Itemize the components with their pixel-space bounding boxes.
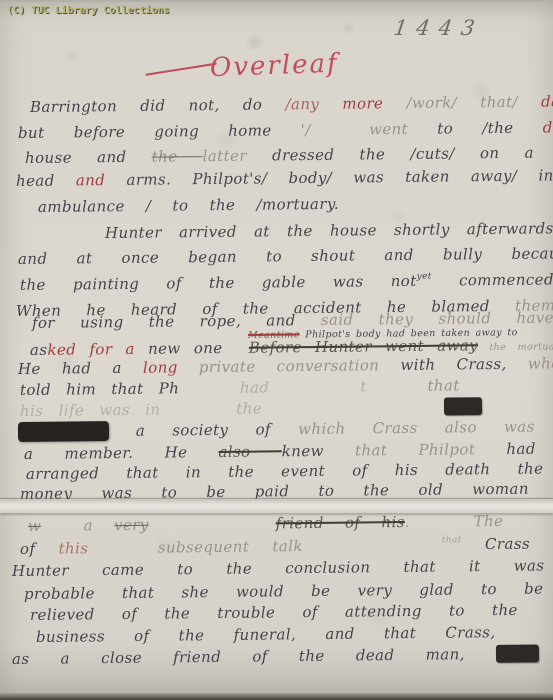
ink-blot: xxxx bbox=[444, 397, 482, 415]
handwriting-segment: very bbox=[114, 516, 149, 534]
handwriting-segment: also bbox=[218, 442, 281, 461]
handwriting-segment: and bbox=[76, 171, 127, 190]
manuscript-line: house and the latter dressed the /cuts/ … bbox=[25, 143, 553, 167]
manuscript-line: as a close friend of the dead man, word bbox=[12, 644, 539, 668]
handwriting-segment: the bbox=[160, 399, 262, 418]
handwriting-segment: knew bbox=[282, 442, 355, 461]
handwriting-segment: yet bbox=[417, 272, 432, 282]
handwriting-segment: private conversation bbox=[199, 356, 401, 376]
manuscript-lines: Barrington did not, do /any more /work/ … bbox=[0, 0, 553, 700]
handwriting-segment: . The bbox=[405, 512, 504, 531]
handwriting-segment: who bbox=[528, 354, 553, 372]
manuscript-line: told him that Ph had t that bbox=[20, 376, 460, 399]
manuscript-line: Hunter arrived at the house shortly afte… bbox=[105, 219, 553, 242]
manuscript-line: business of the funeral, and that Crass, bbox=[36, 623, 496, 646]
handwriting-segment: Crass and bbox=[462, 534, 553, 553]
handwriting-segment: commenced. bbox=[432, 270, 553, 289]
handwriting-segment bbox=[303, 536, 442, 555]
handwriting-segment: the painting of the gable was not bbox=[20, 272, 417, 294]
handwriting-segment: head bbox=[16, 171, 76, 190]
handwriting-segment: that bbox=[442, 535, 462, 545]
handwriting-segment: a member. He bbox=[24, 443, 219, 463]
ink-blot: word bbox=[496, 644, 539, 662]
handwriting-segment: w bbox=[28, 517, 41, 535]
handwriting-segment: that Philpot bbox=[355, 440, 507, 460]
handwriting-segment: dressed the /cuts/ on a bbox=[272, 143, 553, 164]
handwriting-segment: with Crass, bbox=[400, 355, 528, 374]
handwriting-segment: ked for a bbox=[47, 340, 148, 359]
manuscript-line: and at once began to shout and bully bec… bbox=[18, 244, 553, 268]
manuscript-line: relieved of the trouble of attending to … bbox=[30, 601, 518, 624]
handwriting-segment: arms. Philpot's/ body/ was taken away/ i… bbox=[126, 166, 553, 189]
handwriting-segment: as a close friend of the dead man, bbox=[12, 645, 496, 668]
handwriting-segment: that bbox=[367, 376, 460, 395]
manuscript-line: probable that she would be very glad to … bbox=[24, 580, 544, 603]
handwriting-segment: of bbox=[20, 540, 59, 558]
handwriting-segment: /any bbox=[285, 95, 342, 114]
handwriting-segment: doctor's bbox=[543, 118, 553, 137]
manuscript-line: Hunter came to the conclusion that it wa… bbox=[12, 556, 545, 580]
handwriting-segment: new one bbox=[148, 339, 249, 358]
handwriting-segment: but before going home bbox=[18, 121, 301, 142]
handwriting-segment: a bbox=[41, 516, 114, 535]
handwriting-segment: Hunter arrived at the house shortly afte… bbox=[105, 219, 553, 242]
handwriting-segment: the mortuary bbox=[478, 341, 553, 353]
handwriting-segment: the bbox=[152, 147, 203, 166]
manuscript-line: ambulance / to the /mortuary. bbox=[38, 195, 339, 216]
handwriting-segment: as bbox=[30, 341, 48, 359]
manuscript-line: of this subsequent talk that Crass and bbox=[20, 534, 553, 558]
manuscript-line: xxxxxxxxxx a society of which Crass also… bbox=[18, 418, 535, 441]
handwriting-segment bbox=[262, 398, 444, 418]
handwriting-segment: to /the bbox=[437, 119, 543, 138]
manuscript-scan: (C) TUC Library Collections 1443 Overlea… bbox=[0, 0, 553, 700]
handwriting-segment: '/ went bbox=[301, 120, 438, 139]
handwriting-segment: day bbox=[541, 92, 553, 110]
handwriting-segment: had bbox=[506, 440, 536, 458]
handwriting-segment: Hunter came to the conclusion that it wa… bbox=[12, 556, 545, 580]
handwriting-segment: a society of bbox=[109, 420, 299, 440]
handwriting-segment: He had a bbox=[18, 359, 143, 378]
handwriting-segment: had bbox=[179, 378, 269, 397]
ink-blot: xxxxxxxxxx bbox=[18, 421, 109, 442]
handwriting-segment: long bbox=[143, 358, 199, 377]
manuscript-line: his life was in the xxxx bbox=[20, 397, 482, 420]
handwriting-segment: Before Hunter went away bbox=[249, 336, 478, 356]
handwriting-segment: t bbox=[269, 377, 367, 396]
handwriting-segment: relieved of the trouble of attending to … bbox=[30, 601, 518, 624]
handwriting-segment: this bbox=[58, 539, 111, 558]
handwriting-segment: business of the funeral, and that Crass, bbox=[36, 623, 496, 646]
handwriting-segment: Barrington did not, do bbox=[30, 95, 286, 116]
handwriting-segment: /work/ that/ bbox=[383, 93, 541, 113]
handwriting-segment bbox=[149, 514, 276, 533]
handwriting-segment: subsequent talk bbox=[111, 537, 303, 557]
handwriting-segment: house and bbox=[25, 148, 152, 167]
handwriting-segment: more bbox=[342, 94, 383, 112]
handwriting-segment: his life was in bbox=[20, 401, 161, 420]
scan-bottom-edge bbox=[0, 693, 553, 700]
handwriting-segment: friend of his bbox=[276, 513, 405, 532]
paper-seam bbox=[0, 499, 553, 513]
handwriting-segment: and at once began to shout and bully bec… bbox=[18, 244, 553, 268]
manuscript-line: head and arms. Philpot's/ body/ was take… bbox=[16, 166, 553, 190]
handwriting-segment: latter bbox=[203, 146, 273, 165]
handwriting-segment: ambulance / to the /mortuary. bbox=[38, 195, 339, 216]
manuscript-line: but before going home '/ went to /the do… bbox=[18, 118, 553, 142]
manuscript-line: w a very friend of his. The bbox=[28, 512, 503, 535]
handwriting-segment: probable that she would be very glad to … bbox=[24, 580, 544, 603]
handwriting-segment: which Crass also was bbox=[298, 418, 535, 438]
manuscript-line: Barrington did not, do /any more /work/ … bbox=[30, 92, 553, 116]
manuscript-line: the painting of the gable was notyet com… bbox=[20, 270, 553, 294]
handwriting-segment: told him that Ph bbox=[20, 379, 179, 399]
handwriting-segment: said they should have bbox=[321, 309, 553, 329]
